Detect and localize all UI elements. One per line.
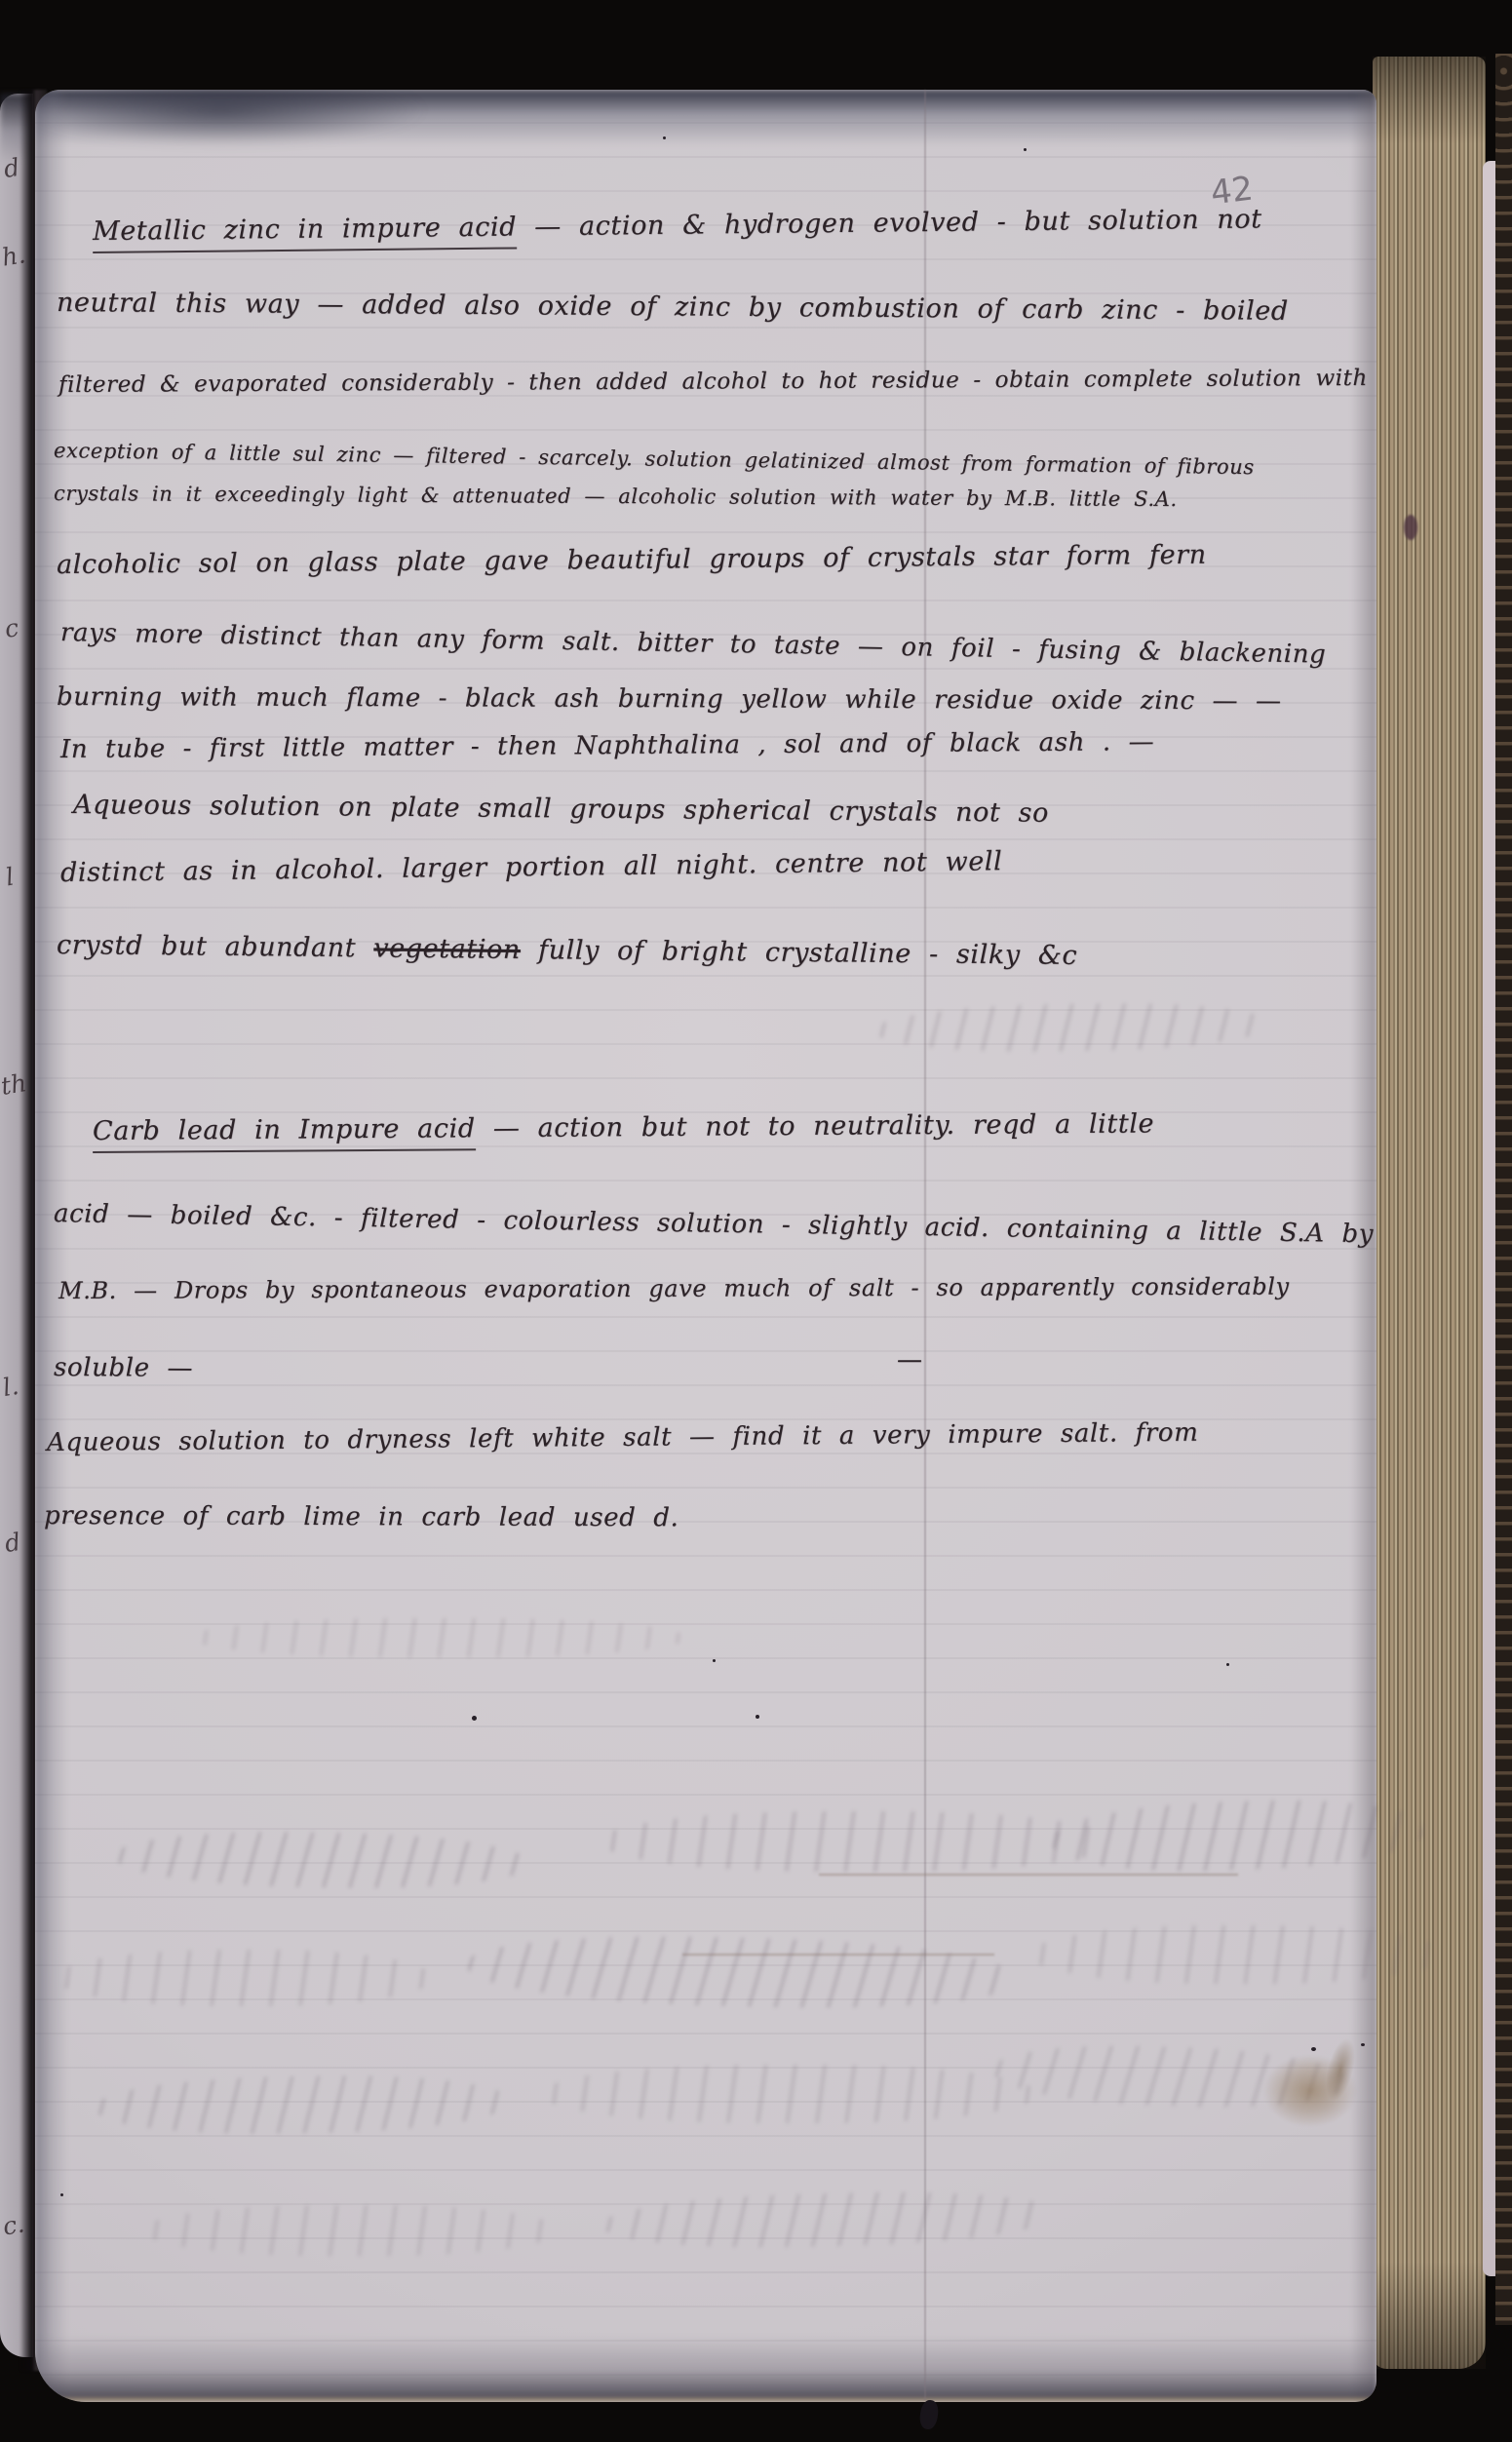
ink-speck xyxy=(1361,2043,1365,2046)
underlined-heading: Carb lead in Impure acid xyxy=(93,1113,476,1153)
ink-speck xyxy=(756,1715,759,1719)
struck-word: vegetation xyxy=(373,933,521,965)
bleedthrough-ghost-writing xyxy=(58,1950,429,2006)
soiled-bottom-edge xyxy=(35,2336,1376,2402)
ink-speck xyxy=(1024,148,1027,151)
bottom-edge-ink-mark xyxy=(918,2399,940,2430)
ink-speck xyxy=(1226,1663,1229,1666)
vertical-crease xyxy=(924,90,926,2400)
soiled-left-edge xyxy=(35,90,68,2402)
ink-speck xyxy=(1311,2047,1316,2051)
bleedthrough-underline xyxy=(819,1874,1238,1876)
manuscript-line: burning with much flame - black ash burn… xyxy=(57,682,1282,716)
manuscript-line: M.B. — Drops by spontaneous evaporation … xyxy=(58,1273,1290,1304)
manuscript-line: soluble — xyxy=(54,1353,193,1383)
bleedthrough-ghost-writing xyxy=(546,2065,1033,2123)
bleedthrough-underline xyxy=(682,1954,994,1956)
underlined-heading: Metallic zinc in impure acid xyxy=(93,212,517,253)
ink-speck xyxy=(713,1659,716,1662)
marbled-cover-edge xyxy=(1495,54,1512,2325)
bleedthrough-ghost-writing xyxy=(604,1811,1111,1872)
ink-speck xyxy=(663,136,666,139)
margin-fragment: h. xyxy=(0,240,27,271)
manuscript-line: presence of carb lime in carb lead used … xyxy=(44,1501,678,1532)
page-stack-fore-edge xyxy=(1373,57,1486,2369)
fore-edge-ink-spot xyxy=(1404,515,1417,540)
photographed-notebook-page: 42 Metallic zinc in impure acid — action… xyxy=(0,0,1512,2442)
bleedthrough-ghost-writing xyxy=(195,1618,682,1657)
margin-fragment: th xyxy=(0,1068,28,1101)
ink-speck xyxy=(60,2193,63,2196)
margin-fragment: c. xyxy=(1,2209,26,2240)
line-fragment: crystd but abundant xyxy=(57,930,374,963)
bleedthrough-ghost-writing xyxy=(1033,1925,1443,1984)
bleedthrough-ghost-writing xyxy=(146,2205,556,2256)
ink-speck xyxy=(472,1716,477,1721)
heading-continuation: — action but not to neutrality. reqd a l… xyxy=(476,1108,1155,1143)
stray-dash: — xyxy=(897,1345,923,1375)
line-fragment: fully of bright crystalline - silky &c xyxy=(521,935,1078,971)
